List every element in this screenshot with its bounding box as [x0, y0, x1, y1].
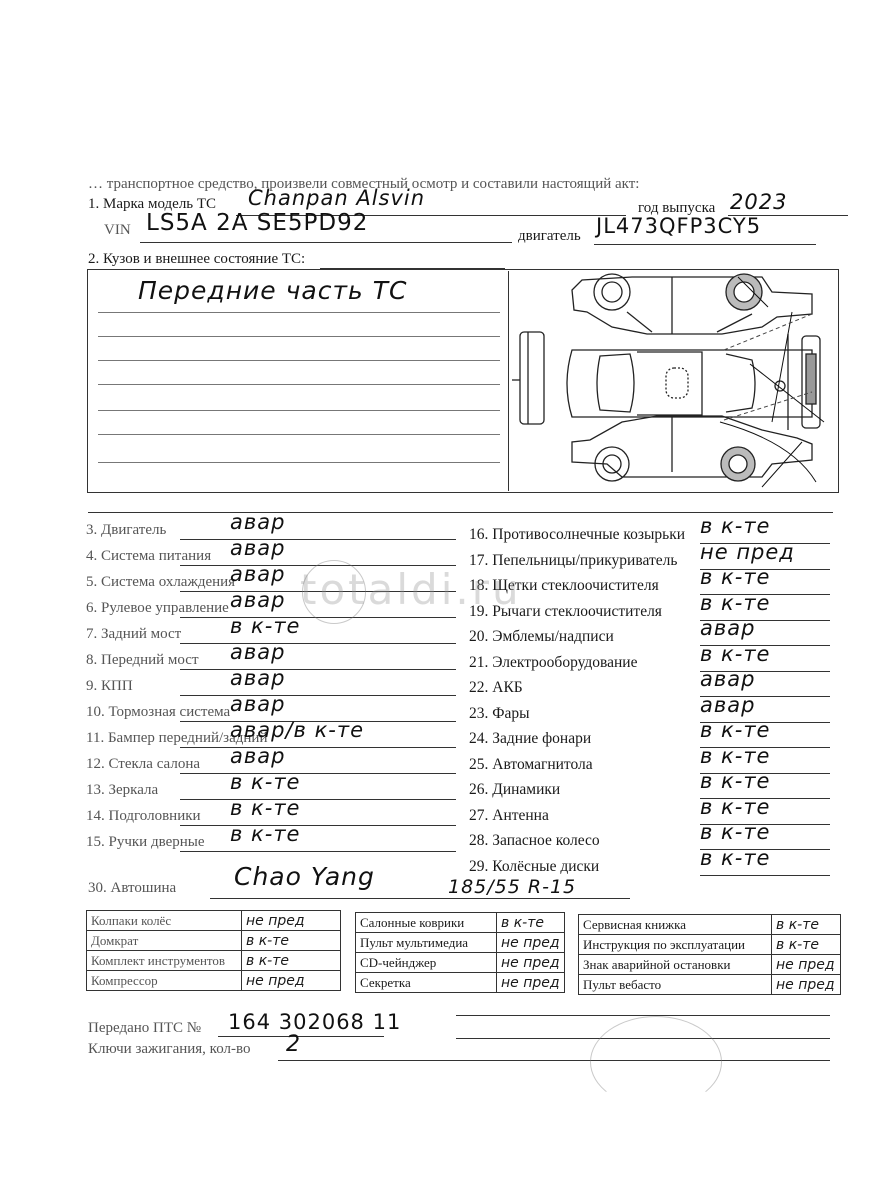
item-value: в к-те	[230, 614, 300, 638]
accessory-label: Секретка	[356, 973, 497, 993]
item-value: авар	[700, 667, 755, 691]
item-label: 21. Электрооборудование	[469, 654, 638, 672]
item-value: в к-те	[700, 820, 770, 844]
accessory-value: не пред	[242, 971, 341, 991]
item-value: авар	[230, 666, 285, 690]
item-underline	[180, 851, 456, 852]
item-value: авар	[230, 640, 285, 664]
accessories-table-2: Салонные коврикив к-теПульт мультимедиан…	[355, 912, 565, 993]
vin-line	[140, 242, 512, 243]
item-value: в к-те	[700, 514, 770, 538]
accessory-row: Домкратв к-те	[87, 931, 341, 951]
item-value: авар/в к-те	[230, 718, 364, 742]
tires-size: 185/55 R-15	[448, 876, 576, 898]
accessory-row: Знак аварийной остановкине пред	[579, 955, 841, 975]
accessory-value: в к-те	[242, 931, 341, 951]
accessory-label: Салонные коврики	[356, 913, 497, 933]
engine-value: JL473QFP3CY5	[596, 214, 761, 238]
accessory-value: не пред	[772, 955, 841, 975]
item-label: 7. Задний мост	[86, 626, 181, 643]
keys-line	[278, 1060, 830, 1061]
accessory-value: в к-те	[497, 913, 565, 933]
accessory-row: Пульт вебастоне пред	[579, 975, 841, 995]
note-line	[98, 462, 500, 463]
item-label: 24. Задние фонари	[469, 730, 591, 748]
pts-line	[218, 1036, 384, 1037]
note-line	[98, 312, 500, 313]
accessory-label: Инструкция по эксплуатации	[579, 935, 772, 955]
accessory-row: Компрессорне пред	[87, 971, 341, 991]
item-value: авар	[700, 693, 755, 717]
accessory-value: в к-те	[772, 915, 841, 935]
body-condition-label: 2. Кузов и внешнее состояние ТС:	[88, 251, 305, 268]
make-model-value: Chanpan Alsvin	[248, 186, 425, 210]
item-label: 26. Динамики	[469, 781, 560, 799]
item-value: в к-те	[700, 642, 770, 666]
item-underline	[700, 875, 830, 876]
accessory-label: Пульт вебасто	[579, 975, 772, 995]
car-damage-diagram-icon	[512, 272, 834, 488]
item-label: 14. Подголовники	[86, 808, 201, 825]
item-label: 5. Система охлаждения	[86, 574, 235, 591]
tires-line	[210, 898, 630, 899]
item-value: авар	[230, 588, 285, 612]
accessory-row: Пульт мультимедиане пред	[356, 933, 565, 953]
item-underline	[180, 773, 456, 774]
accessory-label: Колпаки колёс	[87, 911, 242, 931]
item-value: в к-те	[700, 565, 770, 589]
accessory-row: Салонные коврикив к-те	[356, 913, 565, 933]
item-value: авар	[230, 744, 285, 768]
item-value: авар	[700, 616, 755, 640]
accessory-label: Знак аварийной остановки	[579, 955, 772, 975]
accessories-table-3: Сервисная книжкав к-теИнструкция по эксп…	[578, 914, 841, 995]
keys-label: Ключи зажигания, кол-во	[88, 1041, 250, 1058]
accessory-label: Компрессор	[87, 971, 242, 991]
accessory-value: не пред	[497, 953, 565, 973]
body-condition-note: Передние часть ТС	[138, 276, 407, 305]
item-underline	[180, 799, 456, 800]
item-label: 29. Колёсные диски	[469, 858, 599, 876]
note-line	[98, 410, 500, 411]
vin-value: LS5A 2A SE5PD92	[146, 210, 368, 236]
note-line	[98, 384, 500, 385]
item-value: авар	[230, 510, 285, 534]
item-label: 23. Фары	[469, 705, 530, 723]
item-label: 6. Рулевое управление	[86, 600, 229, 617]
accessory-value: не пред	[772, 975, 841, 995]
item-label: 25. Автомагнитола	[469, 756, 593, 774]
item-value: в к-те	[700, 846, 770, 870]
item-label: 27. Антенна	[469, 807, 549, 825]
accessory-row: Инструкция по эксплуатациив к-те	[579, 935, 841, 955]
item-label: 10. Тормозная система	[86, 704, 230, 721]
accessory-label: CD-чейнджер	[356, 953, 497, 973]
vin-label: VIN	[104, 222, 131, 239]
watermark-logo-icon	[302, 560, 366, 624]
item-value: не пред	[700, 540, 795, 564]
accessories-table-1: Колпаки колёсне предДомкратв к-теКомплек…	[86, 910, 341, 991]
item-label: 28. Запасное колесо	[469, 832, 600, 850]
item-value: в к-те	[700, 769, 770, 793]
item-value: в к-те	[230, 822, 300, 846]
item-value: в к-те	[700, 744, 770, 768]
item-value: авар	[230, 692, 285, 716]
item-label: 15. Ручки дверные	[86, 834, 205, 851]
item-label: 16. Противосолнечные козырьки	[469, 526, 685, 544]
engine-line	[594, 244, 816, 245]
accessory-value: в к-те	[772, 935, 841, 955]
accessory-label: Пульт мультимедиа	[356, 933, 497, 953]
item-value: авар	[230, 536, 285, 560]
item-value: в к-те	[700, 591, 770, 615]
accessory-label: Сервисная книжка	[579, 915, 772, 935]
item-underline	[180, 669, 456, 670]
item-underline	[180, 695, 456, 696]
item-label: 13. Зеркала	[86, 782, 158, 799]
item-value: в к-те	[230, 770, 300, 794]
accessory-label: Комплект инструментов	[87, 951, 242, 971]
item-label: 12. Стекла салона	[86, 756, 200, 773]
accessory-row: CD-чейнджерне пред	[356, 953, 565, 973]
pts-label: Передано ПТС №	[88, 1020, 201, 1037]
accessory-row: Сервисная книжкав к-те	[579, 915, 841, 935]
item-label: 4. Система питания	[86, 548, 211, 565]
item-underline	[180, 539, 456, 540]
keys-value: 2	[286, 1032, 301, 1057]
accessory-value: не пред	[242, 911, 341, 931]
engine-label: двигатель	[518, 228, 581, 245]
accessory-value: не пред	[497, 973, 565, 993]
item-label: 8. Передний мост	[86, 652, 199, 669]
item-label: 20. Эмблемы/надписи	[469, 628, 614, 646]
item-label: 3. Двигатель	[86, 522, 166, 539]
accessory-row: Секреткане пред	[356, 973, 565, 993]
year-value: 2023	[730, 190, 787, 214]
accessory-value: в к-те	[242, 951, 341, 971]
accessory-value: не пред	[497, 933, 565, 953]
tires-brand: Chao Yang	[234, 862, 375, 891]
item-value: в к-те	[230, 796, 300, 820]
item-underline	[180, 747, 456, 748]
item-underline	[180, 825, 456, 826]
item-value: авар	[230, 562, 285, 586]
item-underline	[180, 643, 456, 644]
stamp-icon	[590, 1016, 722, 1108]
tires-label: 30. Автошина	[88, 880, 176, 897]
box-divider	[508, 271, 509, 491]
pts-value: 164 302068 11	[228, 1010, 401, 1034]
note-line	[98, 360, 500, 361]
accessory-row: Колпаки колёсне пред	[87, 911, 341, 931]
item-value: в к-те	[700, 718, 770, 742]
item-label: 22. АКБ	[469, 679, 523, 697]
item-value: в к-те	[700, 795, 770, 819]
item-label: 9. КПП	[86, 678, 133, 695]
separator-line	[88, 512, 833, 513]
note-line	[98, 434, 500, 435]
accessory-label: Домкрат	[87, 931, 242, 951]
note-line	[98, 336, 500, 337]
accessory-row: Комплект инструментовв к-те	[87, 951, 341, 971]
